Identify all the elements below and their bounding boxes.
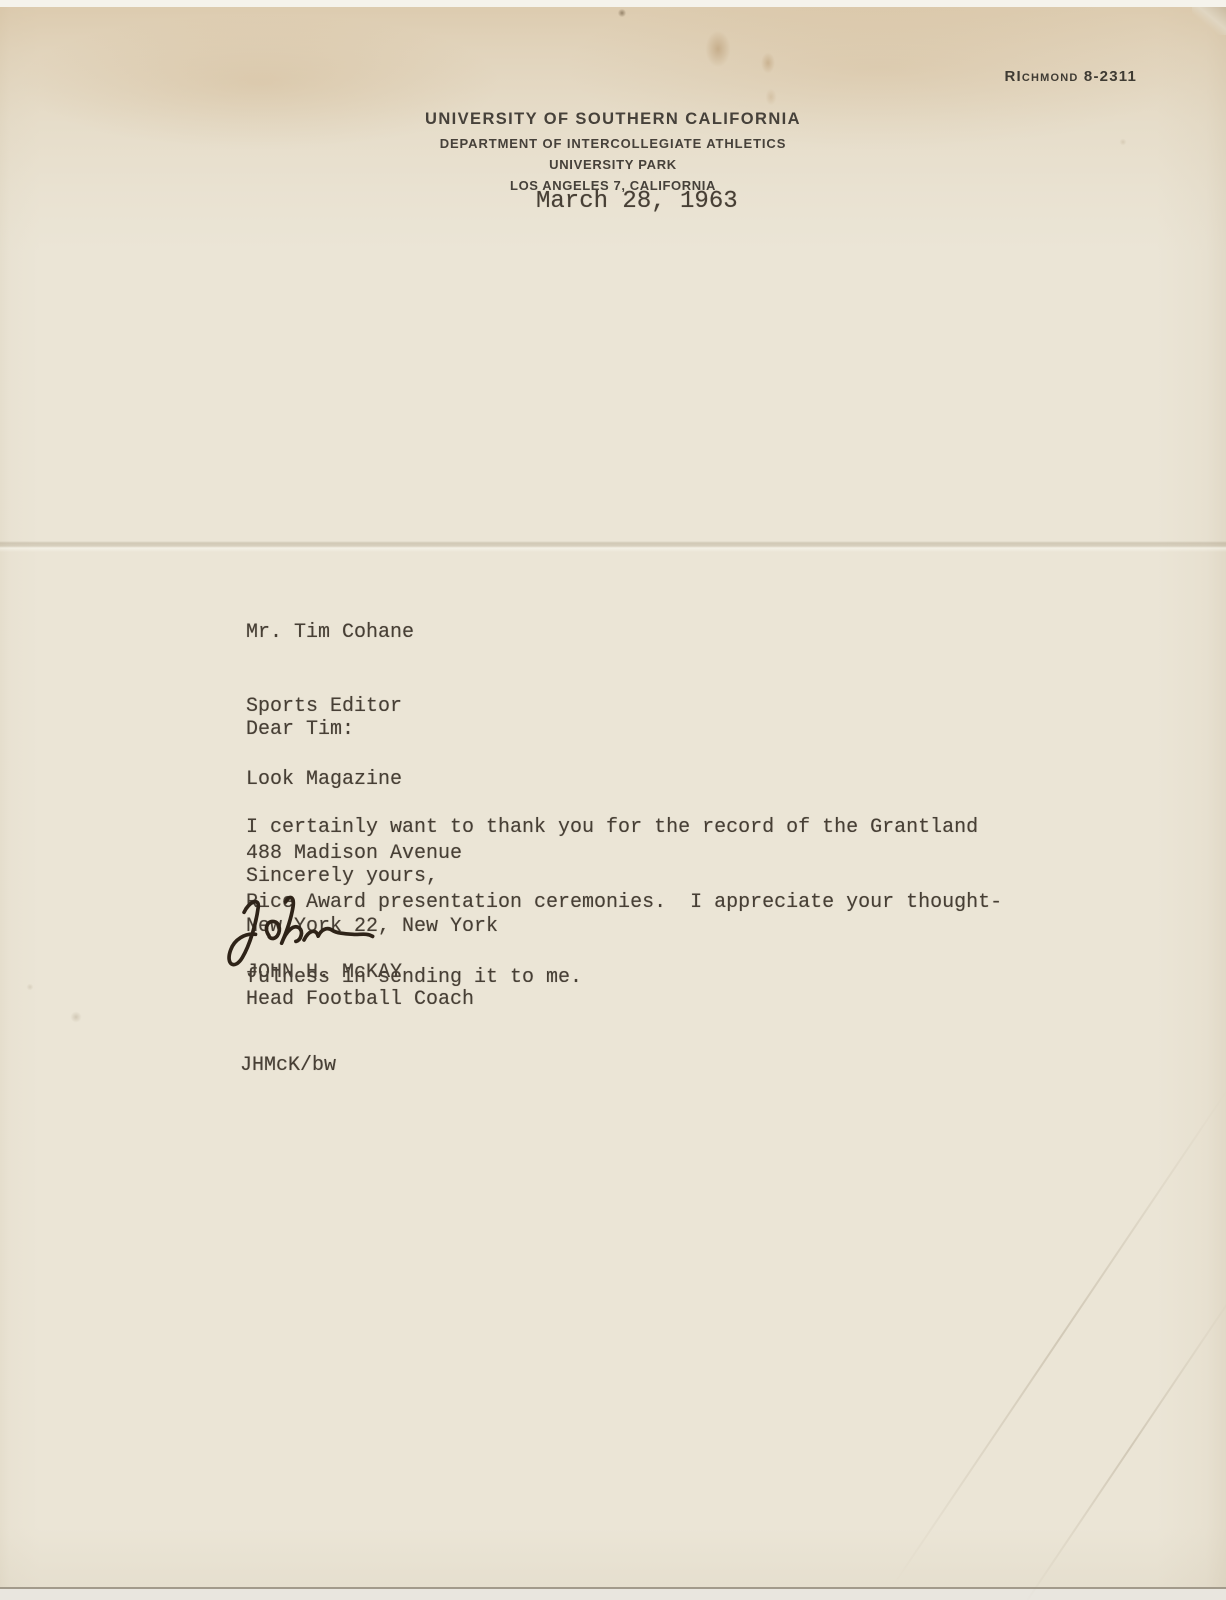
address-line: Mr. Tim Cohane xyxy=(246,621,498,646)
valediction: Sincerely yours, xyxy=(246,864,438,889)
letter-paper: RIchmond 8-2311 UNIVERSITY OF SOUTHERN C… xyxy=(0,7,1226,1589)
scanner-background-top xyxy=(0,0,1226,7)
letterhead-university: UNIVERSITY OF SOUTHERN CALIFORNIA xyxy=(0,110,1226,129)
typist-initials: JHMcK/bw xyxy=(240,1053,336,1078)
letterhead: UNIVERSITY OF SOUTHERN CALIFORNIA DEPART… xyxy=(0,110,1226,193)
salutation: Dear Tim: xyxy=(246,717,354,742)
corner-fold xyxy=(1192,7,1226,35)
body-line: I certainly want to thank you for the re… xyxy=(246,815,1002,840)
address-line: Sports Editor xyxy=(246,695,498,720)
crease-line xyxy=(891,1089,1226,1588)
letterhead-department: DEPARTMENT OF INTERCOLLEGIATE ATHLETICS xyxy=(0,136,1226,151)
crease-line xyxy=(1023,1290,1226,1600)
scanned-letter-page: { "colors": { "paper": "#ebe5d6", "typew… xyxy=(0,0,1226,1600)
letterhead-university-park: UNIVERSITY PARK xyxy=(0,157,1226,172)
signer-name: JOHN H. McKAY xyxy=(246,960,402,985)
letter-date: March 28, 1963 xyxy=(536,188,738,216)
phone-number: RIchmond 8-2311 xyxy=(1004,68,1137,85)
signer-title: Head Football Coach xyxy=(246,987,474,1012)
